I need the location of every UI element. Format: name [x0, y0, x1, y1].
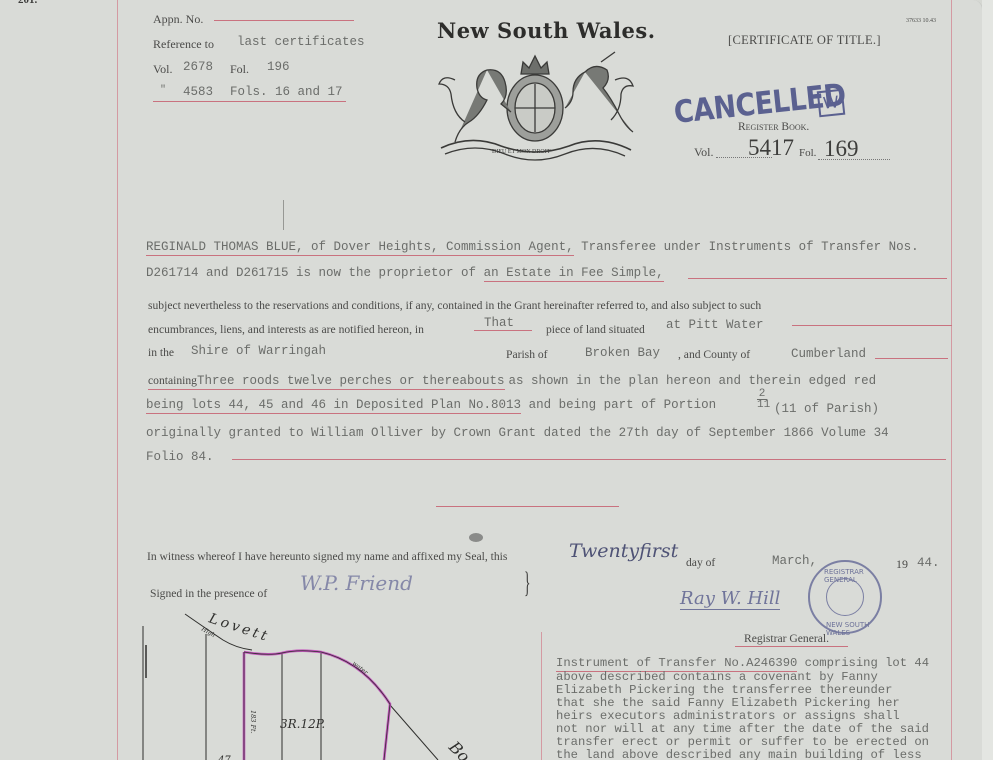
right-margin-rule	[951, 0, 952, 760]
registrar-underline	[735, 646, 848, 647]
area-underline-group: containingThree roods twelve perches or …	[148, 371, 505, 390]
appn-field-line	[214, 20, 354, 21]
pen-mark	[283, 200, 284, 230]
register-fol-label: Fol.	[799, 147, 816, 159]
svg-text:DIEU ET MON DROIT: DIEU ET MON DROIT	[492, 149, 551, 155]
plan-reference-text: as shown in the plan hereon and therein …	[509, 374, 877, 388]
containing-label: containing	[148, 374, 197, 387]
appn-label: Appn. No.	[153, 12, 203, 27]
register-fol-value: 169	[824, 136, 859, 162]
estate-fill-line	[688, 278, 947, 279]
svg-text:3R.12P.: 3R.12P.	[280, 717, 325, 731]
vol-label: Vol.	[153, 62, 172, 77]
reference-label: Reference to	[153, 37, 214, 52]
subject-clause: subject nevertheless to the reservations…	[148, 299, 761, 312]
location-fill-line	[792, 325, 952, 326]
parish-value: Broken Bay	[585, 346, 660, 360]
cancelled-stamp-letter: W	[817, 89, 846, 118]
svg-text:183 Ft.: 183 Ft.	[249, 710, 257, 734]
signature-brace: }	[524, 566, 530, 600]
fol-value: 196	[267, 60, 290, 74]
year-suffix: 44.	[917, 556, 940, 570]
presence-label: Signed in the presence of	[150, 587, 267, 600]
fol-label: Fol.	[230, 62, 249, 77]
folio-line: Folio 84.	[146, 450, 214, 464]
fols2-value: Fols. 16 and 17	[230, 85, 343, 99]
vol2-value: 4583	[183, 85, 213, 99]
reference-value: last certificates	[237, 35, 365, 49]
witness-signature: W.P. Friend	[300, 571, 413, 595]
margin-number: 201.	[18, 0, 37, 6]
in-the-label: in the	[148, 346, 174, 359]
document-type: [CERTIFICATE OF TITLE.]	[728, 33, 881, 48]
year-prefix: 19	[896, 557, 908, 572]
plan-divider-rule	[541, 632, 542, 760]
proprietor-line-1: REGINALD THOMAS BLUE, of Dover Heights, …	[146, 240, 919, 254]
registrar-title: Registrar General.	[744, 632, 829, 645]
register-vol-label: Vol.	[694, 145, 713, 160]
coat-of-arms-icon: DIEU ET MON DROIT	[425, 50, 645, 162]
day-of-label: day of	[686, 556, 715, 569]
estate-type: an Estate in Fee Simple,	[484, 266, 664, 282]
grant-line: originally granted to William Olliver by…	[146, 426, 889, 440]
registrar-seal: REGISTRAR GENERAL NEW SOUTH WALES	[808, 560, 882, 634]
reference-underline	[153, 101, 346, 102]
form-code: 37633 10.43	[906, 18, 936, 24]
page-title: New South Wales.	[437, 18, 656, 43]
portion-text: and being part of Portion	[529, 398, 717, 412]
instrument-numbers: D261714 and D261715 is now the proprieto…	[146, 266, 476, 280]
seal-top-text: REGISTRAR GENERAL	[824, 568, 880, 584]
svg-text:47: 47	[217, 755, 231, 760]
site-plan-diagram: Lovett High water 183 Ft. 3R.12P. Bo 47	[118, 600, 541, 760]
encumbrances-clause: encumbrances, liens, and interests as ar…	[148, 323, 424, 336]
svg-text:water: water	[351, 660, 370, 677]
separator-line	[436, 506, 619, 507]
page-edge	[982, 0, 993, 760]
parish-label: Parish of	[506, 348, 548, 361]
transferee-text: Transferee under Instruments of Transfer…	[581, 240, 919, 254]
that-underline	[474, 330, 532, 331]
area-line: containingThree roods twelve perches or …	[148, 371, 876, 389]
register-vol-value: 5417	[748, 135, 794, 161]
registrar-signature: Ray W. Hill	[680, 588, 780, 610]
shire-value: Shire of Warringah	[191, 344, 326, 358]
encumbrance-first-line: Instrument of Transfer No.A246390 compri…	[556, 657, 929, 670]
parish-portion: (11 of Parish)	[774, 402, 879, 416]
seal-bottom-text: NEW SOUTH WALES	[826, 621, 880, 637]
portion-denominator: 11	[757, 399, 767, 410]
county-value: Cumberland	[791, 347, 866, 361]
ink-blot	[469, 533, 483, 542]
encumbrance-line: the land above described any main buildi…	[556, 749, 922, 760]
month-value: March,	[772, 554, 817, 568]
proprietor-line-2: D261714 and D261715 is now the proprieto…	[146, 266, 664, 280]
ditto-mark: "	[160, 85, 166, 96]
register-book-label: Register Book.	[738, 121, 809, 133]
county-fill-line	[875, 358, 948, 359]
area-value: Three roods twelve perches or thereabout…	[197, 374, 505, 388]
land-quantifier: That	[484, 316, 514, 330]
svg-text:Lovett: Lovett	[206, 610, 272, 645]
encumbrance-heading-rest: comprising lot 44	[797, 656, 929, 670]
svg-text:Bo: Bo	[444, 737, 473, 760]
portion-numerator: 2	[757, 389, 767, 399]
lots-value: being lots 44, 45 and 46 in Deposited Pl…	[146, 398, 521, 414]
situated-label: piece of land situated	[546, 323, 645, 336]
land-location: at Pitt Water	[666, 318, 764, 332]
witness-clause: In witness whereof I have hereunto signe…	[147, 550, 507, 563]
vol-value: 2678	[183, 60, 213, 74]
county-label: , and County of	[678, 348, 750, 361]
lots-line: being lots 44, 45 and 46 in Deposited Pl…	[146, 398, 716, 412]
portion-fraction: 2 11	[757, 389, 767, 410]
day-handwritten: Twentyfirst	[569, 540, 678, 562]
grant-end-line	[232, 459, 946, 460]
proprietor-name: REGINALD THOMAS BLUE, of Dover Heights, …	[146, 240, 574, 256]
